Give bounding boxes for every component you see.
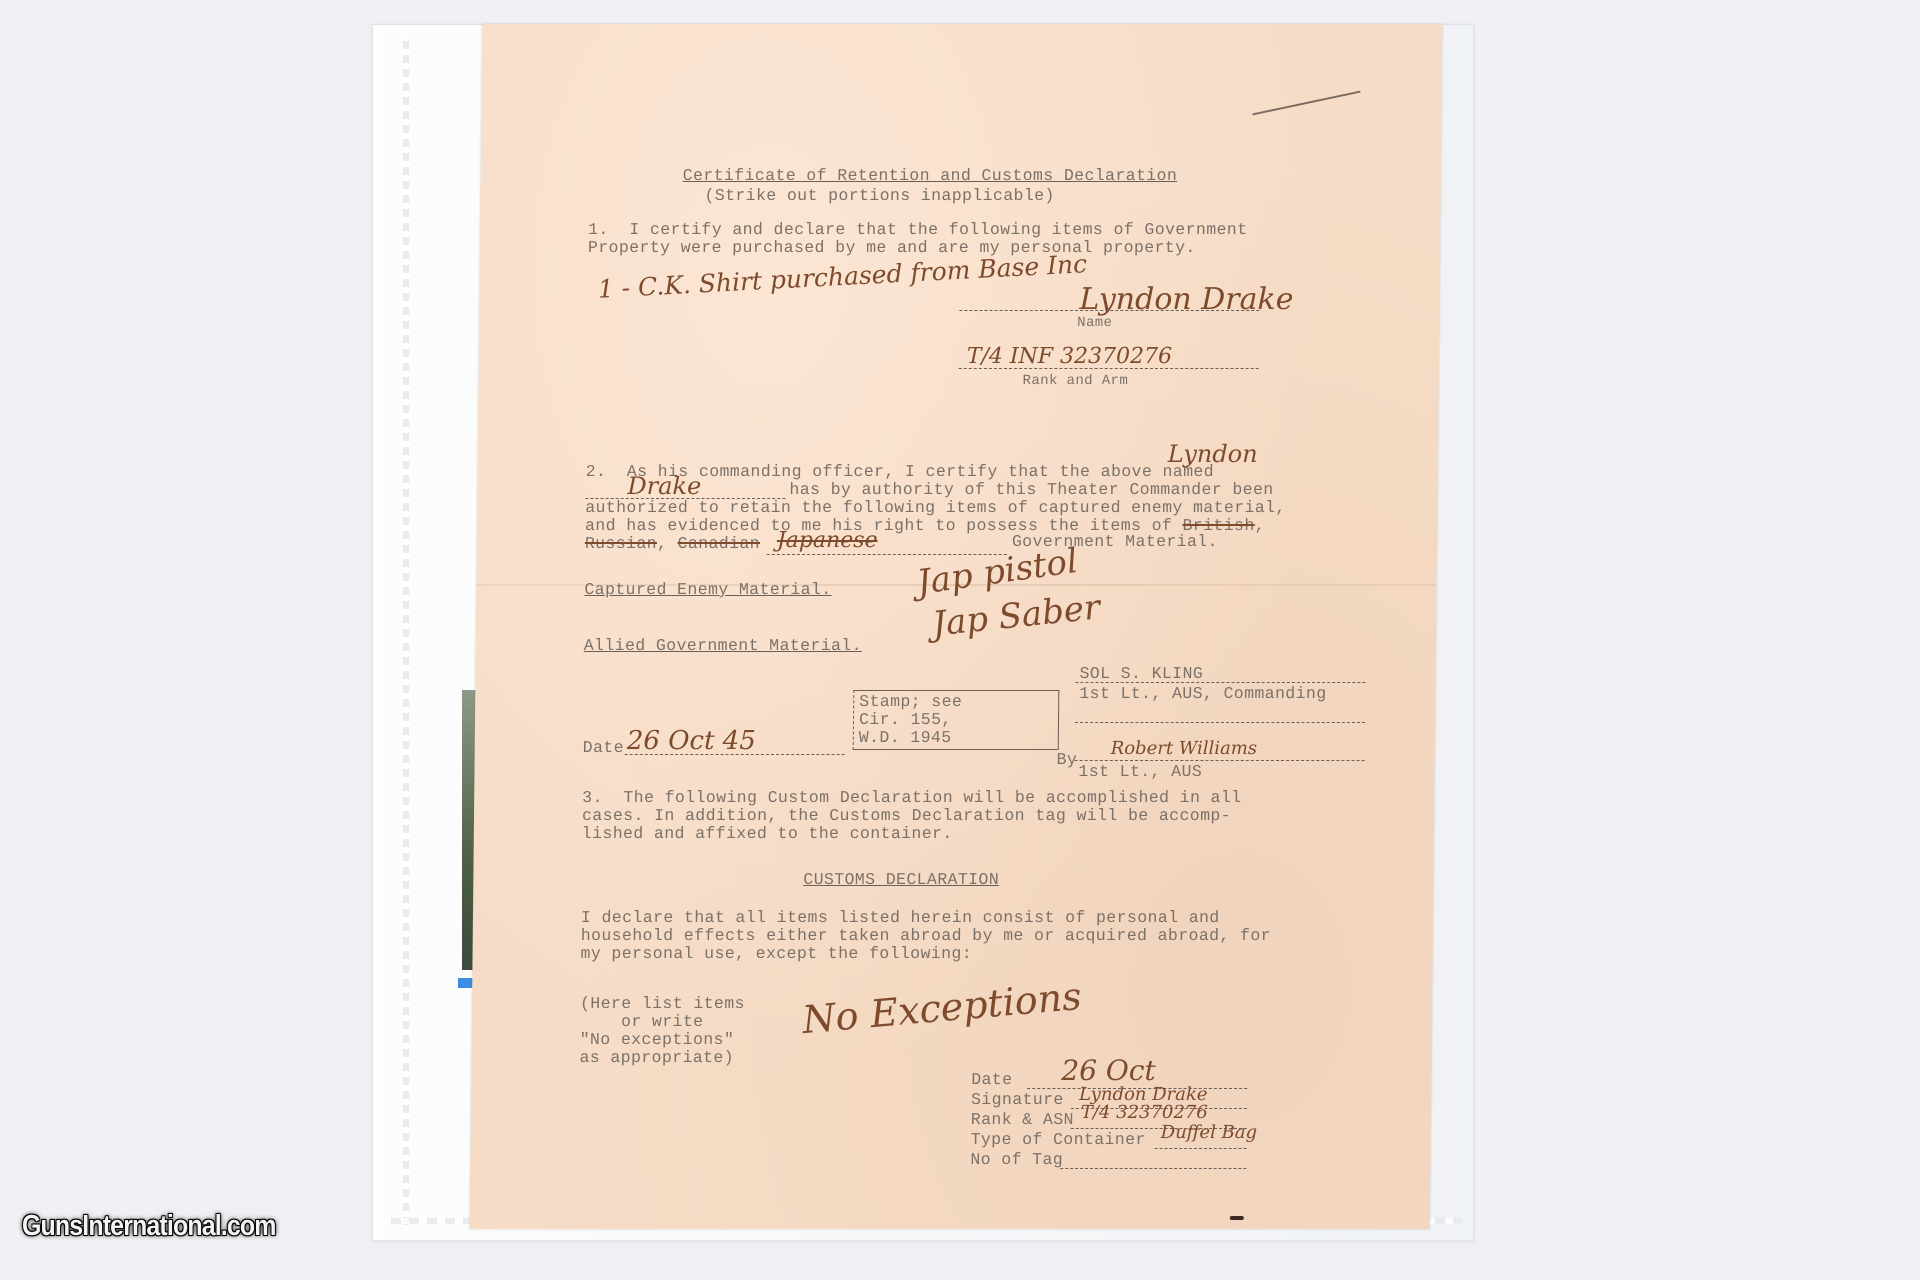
field-date-value: 26 Oct [1061, 1054, 1156, 1087]
struck-canadian: Canadian [678, 534, 761, 553]
instructions-line-4: as appropriate) [579, 1048, 734, 1067]
field-signature-label: Signature [971, 1090, 1064, 1109]
document-title: Certificate of Retention and Customs Dec… [683, 166, 1178, 185]
section3-line3: lished and affixed to the container. [582, 824, 953, 843]
section2-line3: authorized to retain the following items… [585, 498, 1286, 517]
commanding-officer-name: SOL S. KLING [1079, 664, 1203, 683]
field-tag-label: No of Tag [970, 1150, 1063, 1169]
watermark-logo: GunsInternational.com [22, 1210, 276, 1243]
ink-mark [1230, 1216, 1244, 1220]
customs-line3: my personal use, except the following: [580, 944, 972, 963]
field-date-label: Date [971, 1070, 1012, 1089]
field-container-value: Duffel Bag [1161, 1122, 1258, 1143]
pen-stroke-mark [1252, 91, 1360, 116]
handwritten-rank-arm: T/4 INF 32370276 [967, 344, 1173, 369]
field-container-label: Type of Container [971, 1130, 1146, 1149]
stamp-line-3: W.D. 1945 [859, 728, 952, 747]
struck-russian: Russian [585, 534, 657, 553]
document-subtitle: (Strike out portions inapplicable) [704, 186, 1054, 205]
instructions-line-1: (Here list items [580, 994, 745, 1013]
handwritten-no-exceptions: No Exceptions [801, 974, 1083, 1042]
sleeve-perforation-left [403, 35, 409, 1230]
date-label: Date [583, 738, 624, 757]
commanding-officer-title: 1st Lt., AUS, Commanding [1079, 684, 1326, 703]
handwritten-purchased-item: 1 - C.K. Shirt purchased from Base Inc [597, 249, 1087, 304]
section3-line2: cases. In addition, the Customs Declarat… [582, 806, 1231, 825]
section3-line1: 3. The following Custom Declaration will… [582, 788, 1242, 807]
by-title: 1st Lt., AUS [1078, 762, 1202, 781]
field-tag-line [1060, 1168, 1246, 1170]
handwritten-name-first: Lyndon [1168, 440, 1258, 468]
stamp-line-1: Stamp; see [859, 692, 962, 711]
customs-line1: I declare that all items listed herein c… [581, 908, 1220, 927]
section1-line1: 1. I certify and declare that the follow… [588, 220, 1248, 239]
field-container-line [1155, 1148, 1247, 1150]
certificate-document: Certificate of Retention and Customs Dec… [470, 24, 1443, 1229]
customs-line2: household effects either taken abroad by… [581, 926, 1271, 945]
allied-government-material-label: Allied Government Material. [584, 636, 862, 655]
name-label: Name [1077, 314, 1112, 333]
name-line [959, 310, 1259, 312]
handwritten-date: 26 Oct 45 [627, 726, 756, 756]
captured-enemy-material-label: Captured Enemy Material. [584, 580, 831, 599]
handwritten-nationality: Japanese [777, 528, 878, 553]
section1-line2: Property were purchased by me and are my… [588, 238, 1196, 257]
handwritten-name-last: Drake [627, 472, 701, 500]
section2-line5: Russian, Canadian [585, 534, 760, 553]
date-line [625, 754, 845, 756]
instructions-line-3: "No exceptions" [580, 1030, 735, 1049]
field-rank-asn-label: Rank & ASN [971, 1110, 1074, 1129]
rank-line [959, 368, 1259, 370]
by-signature: Robert Williams [1111, 738, 1258, 759]
customs-declaration-heading: CUSTOMS DECLARATION [803, 870, 999, 889]
blank-signature-line [1075, 722, 1365, 724]
section2-line2: has by authority of this Theater Command… [789, 480, 1273, 499]
instructions-line-2: or write [580, 1012, 704, 1031]
field-rank-asn-value: T/4 32370276 [1081, 1102, 1208, 1123]
rank-label: Rank and Arm [1022, 372, 1128, 391]
stamp-line-2: Cir. 155, [859, 710, 952, 729]
